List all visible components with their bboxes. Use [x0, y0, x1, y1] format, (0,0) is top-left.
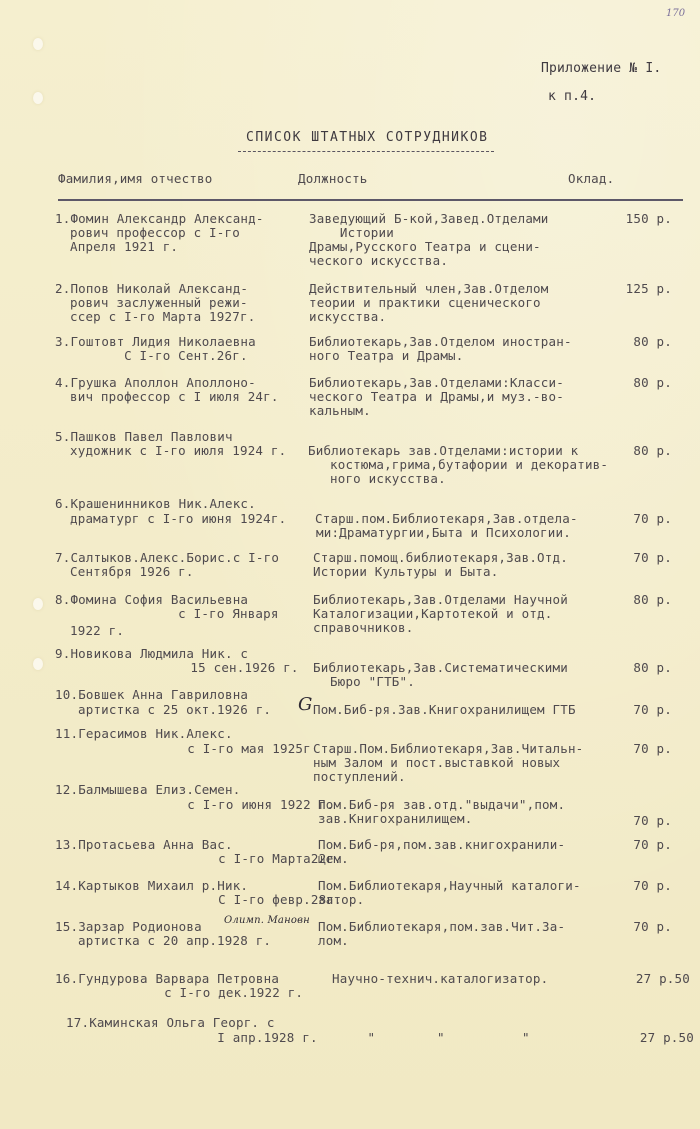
employee-name: Каминская Ольга Георг. с [89, 1015, 274, 1030]
employee-detail: 15 сен.1926 г. [90, 661, 299, 675]
salary-value: 70 р. [612, 838, 672, 852]
row-number: 11. [55, 726, 78, 741]
row-number: 4. [55, 375, 70, 390]
employee-detail: вич профессор с I июля 24г. [70, 390, 279, 404]
row-number: 9. [55, 646, 70, 661]
row-number: 15. [55, 919, 78, 934]
row-number: 1. [55, 211, 70, 226]
employee-name: Фомина София Васильевна [70, 592, 248, 607]
row-number: 7. [55, 550, 70, 565]
appendix-label: Приложение № I. [541, 62, 661, 76]
employee-detail: с I-го Января [70, 607, 279, 621]
column-header-salary: Оклад. [568, 172, 614, 186]
employee-detail: драматург с I-го июня 1924г. [70, 512, 286, 526]
position-text: справочников. [313, 621, 413, 635]
punch-hole [33, 598, 43, 610]
salary-value: 125 р. [612, 282, 672, 296]
header-rule [58, 199, 683, 201]
punch-hole [33, 38, 43, 50]
reference-label: к п.4. [548, 90, 596, 104]
employee-name: Протасьева Анна Вас. [78, 837, 233, 852]
position-text: зав.Книгохранилищем. [318, 812, 473, 826]
position-text: ного Театра и Драмы. [309, 349, 464, 363]
row-number: 5. [55, 429, 70, 444]
employee-detail: артистка с 25 окт.1926 г. [78, 703, 271, 717]
salary-value: 27 р.50 [612, 1031, 694, 1045]
employee-name: Гоштовт Лидия Николаевна [70, 334, 255, 349]
position-text: Библиотекарь,Зав.Систематическими [313, 661, 568, 675]
salary-value: 27 р.50 [612, 972, 690, 986]
salary-value: 70 р. [612, 703, 672, 717]
employee-detail: рович заслуженный режи- [70, 296, 248, 310]
punch-hole [33, 658, 43, 670]
position-text: костюма,грима,бутафории и декоратив- [330, 458, 608, 472]
column-header-name: Фамилия,имя отчество [58, 172, 213, 186]
position-text: Старш.Пом.Библиотекаря,Зав.Читальн- [313, 742, 583, 756]
row-number: 12. [55, 782, 78, 797]
salary-value: 80 р. [612, 376, 672, 390]
row-number: 8. [55, 592, 70, 607]
employee-detail: артистка с 20 апр.1928 г. [78, 934, 271, 948]
position-text: ным Залом и пост.выставкой новых [313, 756, 560, 770]
row-number: 13. [55, 837, 78, 852]
handwritten-mark: G [298, 698, 313, 712]
position-text: Действительный член,Зав.Отделом [309, 282, 549, 296]
salary-value: 70 р. [612, 512, 672, 526]
position-text: Старш.помощ.библиотекаря,Зав.Отд. [313, 551, 568, 565]
salary-value: 70 р. [612, 814, 672, 828]
salary-value: 80 р. [612, 444, 672, 458]
salary-value: 70 р. [612, 551, 672, 565]
employee-detail: с I-го мая 1925г [110, 742, 311, 756]
position-text: Пом.Биб-ря.Зав.Книгохранилищем ГТБ [313, 703, 576, 717]
position-text: " " " [352, 1031, 530, 1045]
employee-name: Попов Николай Александ- [70, 281, 248, 296]
position-text: поступлений. [313, 770, 406, 784]
position-text: Научно-технич.каталогизатор. [332, 972, 548, 986]
employee-detail: С I-го Сент.26г. [70, 349, 248, 363]
position-text: Пом.Биб-ря зав.отд."выдачи",пом. [318, 798, 565, 812]
position-text: Драмы,Русского Театра и сцени- [309, 240, 541, 254]
position-text: искусства. [309, 310, 386, 324]
salary-value: 70 р. [612, 742, 672, 756]
employee-name: Грушка Аполлон Аполлоно- [70, 375, 255, 390]
page-title: СПИСОК ШТАТНЫХ СОТРУДНИКОВ [246, 131, 489, 145]
position-text: затор. [318, 893, 364, 907]
employee-name: Гундурова Варвара Петровна [78, 971, 279, 986]
salary-value: 80 р. [612, 593, 672, 607]
employee-name: Фомин Александр Александ- [70, 211, 263, 226]
handwritten-annotation: Олимп. Мановн [224, 914, 310, 928]
position-text: Каталогизации,Картотекой и отд. [313, 607, 553, 621]
row-number: 10. [55, 687, 78, 702]
salary-value: 150 р. [612, 212, 672, 226]
employee-detail: ссер с I-го Марта 1927г. [70, 310, 255, 324]
employee-name: Новикова Людмила Ник. с [70, 646, 248, 661]
employee-name: Пашков Павел Павлович [70, 429, 232, 444]
position-text: Пом.Биб-ря,пом.зав.книгохранили- [318, 838, 565, 852]
employee-detail: Апреля 1921 г. [70, 240, 178, 254]
position-text: Старш.пом.Библиотекаря,Зав.отдела- [315, 512, 578, 526]
column-header-position: Должность [298, 172, 368, 186]
employee-name: Герасимов Ник.Алекс. [78, 726, 233, 741]
position-text: щем. [318, 852, 349, 866]
position-text: Истории Культуры и Быта. [313, 565, 498, 579]
position-text: ческого искусства. [309, 254, 448, 268]
punch-hole [33, 92, 43, 104]
position-text: Библиотекарь,Зав.Отделом иностран- [309, 335, 572, 349]
position-text: Библиотекарь,Зав.Отделами Научной [313, 593, 568, 607]
employee-detail: 1922 г. [70, 624, 124, 638]
employee-detail: рович профессор с I-го [70, 226, 240, 240]
row-number: 6. [55, 496, 70, 511]
employee-name: Крашенинников Ник.Алекс. [70, 496, 255, 511]
position-text: Заведующий Б-кой,Завед.Отделами [309, 212, 549, 226]
position-text: ми:Драматургии,Быта и Психологии. [316, 526, 571, 540]
employee-name: Картыков Михаил р.Ник. [78, 878, 248, 893]
salary-value: 70 р. [612, 879, 672, 893]
position-text: Библиотекарь зав.Отделами:истории к [308, 444, 578, 458]
row-number: 3. [55, 334, 70, 349]
employee-name: Бовшек Анна Гавриловна [78, 687, 248, 702]
salary-value: 70 р. [612, 920, 672, 934]
position-text: ного искусства. [330, 472, 446, 486]
row-number: 17. [66, 1015, 89, 1030]
salary-value: 80 р. [612, 335, 672, 349]
position-text: Истории [309, 226, 394, 240]
employee-name: Балмышева Елиз.Семен. [78, 782, 240, 797]
employee-detail: Сентября 1926 г. [70, 565, 194, 579]
position-text: ческого Театра и Драмы,и муз.-во- [309, 390, 564, 404]
employee-detail: с I-го дек.1922 г. [110, 986, 303, 1000]
position-text: лом. [318, 934, 349, 948]
row-number: 14. [55, 878, 78, 893]
folio-number: 170 [666, 8, 685, 19]
position-text: Пом.Библиотекаря,пом.зав.Чит.За- [318, 920, 565, 934]
position-text: Бюро "ГТБ". [330, 675, 415, 689]
employee-detail: с I-го Марта22г. [110, 852, 342, 866]
employee-detail: художник с I-го июля 1924 г. [70, 444, 286, 458]
row-number: 16. [55, 971, 78, 986]
row-number: 2. [55, 281, 70, 296]
employee-detail: I апр.1928 г. [140, 1031, 318, 1045]
position-text: теории и практики сценического [309, 296, 541, 310]
employee-name: Салтыков.Алекс.Борис.с I-го [70, 550, 279, 565]
position-text: кальным. [309, 404, 371, 418]
employee-detail: С I-го февр.28г. [110, 893, 342, 907]
salary-value: 80 р. [612, 661, 672, 675]
position-text: Пом.Библиотекаря,Научный каталоги- [318, 879, 581, 893]
title-underline [238, 151, 494, 152]
employee-detail: с I-го июня 1922 г. [110, 798, 334, 812]
position-text: Библиотекарь,Зав.Отделами:Класси- [309, 376, 564, 390]
employee-name: Зарзар Родионова [78, 919, 202, 934]
